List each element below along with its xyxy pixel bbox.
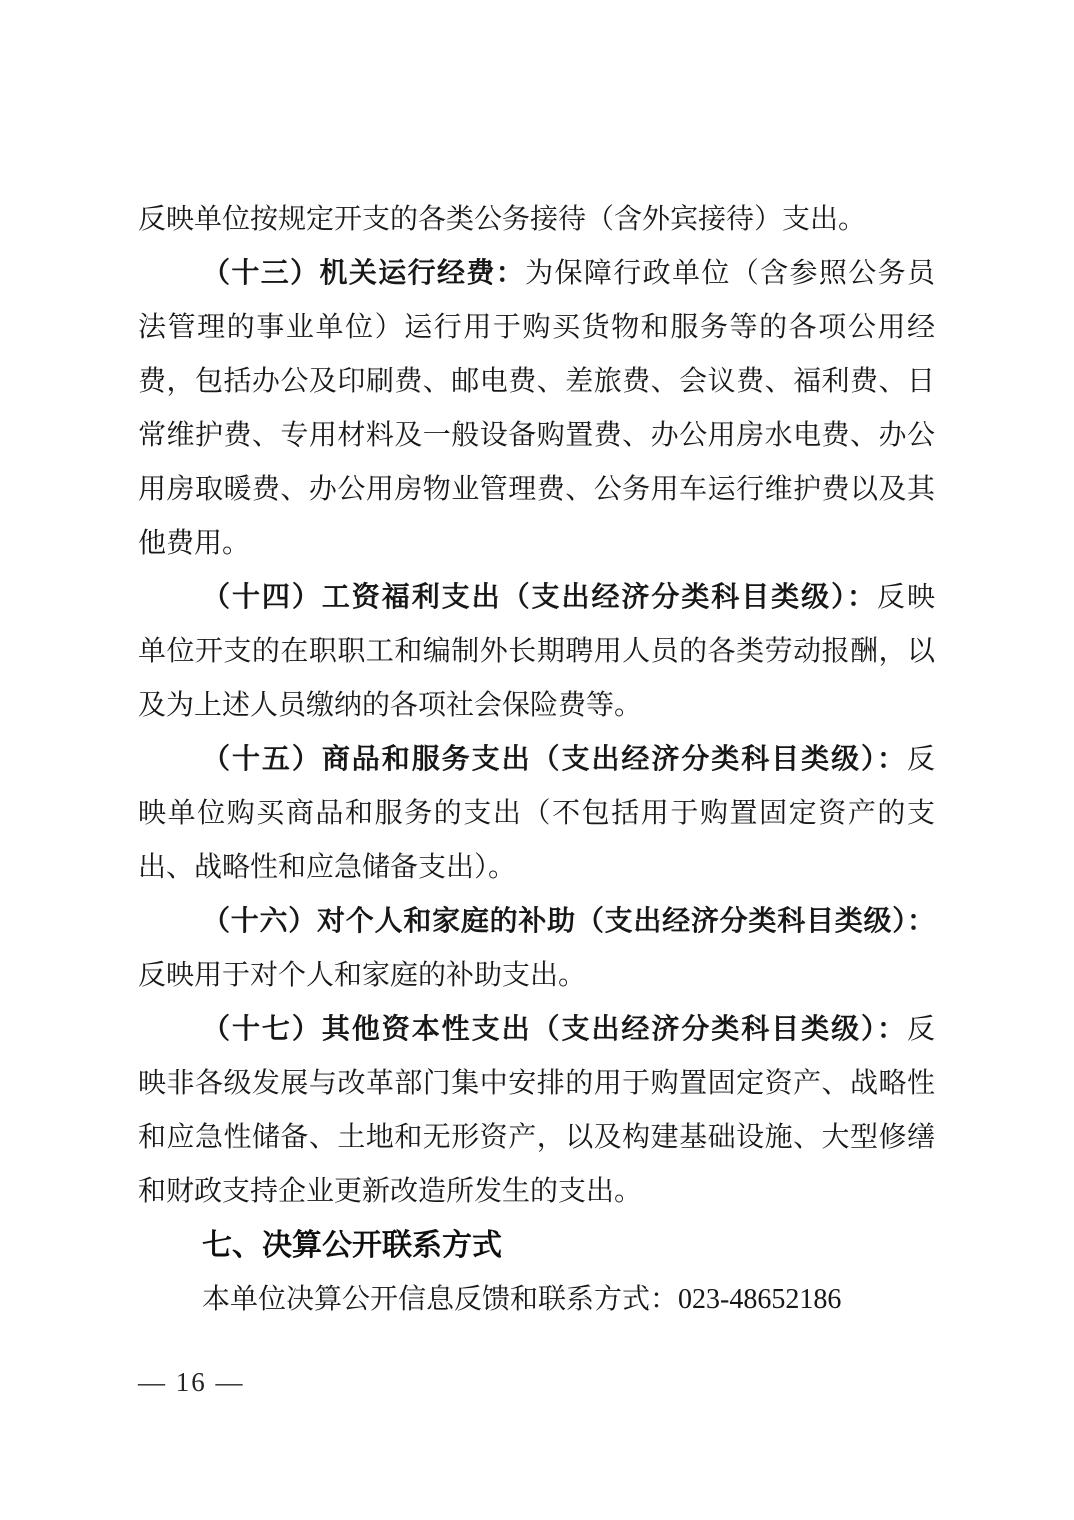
bold-run: （十七）其他资本性支出（支出经济分类科目类级）： [202, 1014, 907, 1045]
section-heading: 七、决算公开联系方式 [138, 1219, 935, 1273]
paragraph-line: （十三）机关运行经费：为保障行政单位（含参照公务员 [138, 247, 935, 301]
text-run: 和财政支持企业更新改造所发生的支出。 [138, 1176, 642, 1207]
paragraph-line: 和财政支持企业更新改造所发生的支出。 [138, 1165, 935, 1219]
text-run: 法管理的事业单位）运行用于购买货物和服务等的各项公用经 [138, 312, 935, 343]
bold-run: （十四）工资福利支出（支出经济分类科目类级）： [202, 582, 877, 613]
paragraph-line: 反映用于对个人和家庭的补助支出。 [138, 949, 935, 1003]
paragraph-line: 法管理的事业单位）运行用于购买货物和服务等的各项公用经 [138, 301, 935, 355]
paragraph-line: （十七）其他资本性支出（支出经济分类科目类级）：反 [138, 1003, 935, 1057]
text-run: 费，包括办公及印刷费、邮电费、差旅费、会议费、福利费、日 [138, 366, 935, 397]
text-run: 和应急性储备、土地和无形资产，以及构建基础设施、大型修缮 [138, 1122, 935, 1153]
paragraph-line: 映非各级发展与改革部门集中安排的用于购置固定资产、战略性 [138, 1057, 935, 1111]
text-run: 映非各级发展与改革部门集中安排的用于购置固定资产、战略性 [138, 1068, 935, 1099]
paragraph-line: 映单位购买商品和服务的支出（不包括用于购置固定资产的支 [138, 787, 935, 841]
text-run: 本单位决算公开信息反馈和联系方式：023-48652186 [202, 1284, 841, 1315]
page-number: — 16 — [138, 1362, 245, 1402]
text-run: 反映 [877, 582, 935, 613]
heading-text: 七、决算公开联系方式 [202, 1229, 502, 1262]
paragraph-line: 单位开支的在职职工和编制外长期聘用人员的各类劳动报酬，以 [138, 625, 935, 679]
paragraph-line: 常维护费、专用材料及一般设备购置费、办公用房水电费、办公 [138, 409, 935, 463]
bold-run: （十三）机关运行经费： [202, 258, 525, 289]
paragraph-line: 他费用。 [138, 517, 935, 571]
text-run: 反映用于对个人和家庭的补助支出。 [138, 960, 586, 991]
text-run: 为保障行政单位（含参照公务员 [525, 258, 935, 289]
paragraph-line: 及为上述人员缴纳的各项社会保险费等。 [138, 679, 935, 733]
text-run: 出、战略性和应急储备支出）。 [138, 852, 516, 883]
body-text: 反映单位按规定开支的各类公务接待（含外宾接待）支出。 （十三）机关运行经费：为保… [138, 193, 935, 1327]
text-run: 单位开支的在职职工和编制外长期聘用人员的各类劳动报酬，以 [138, 636, 935, 667]
paragraph-line: 费，包括办公及印刷费、邮电费、差旅费、会议费、福利费、日 [138, 355, 935, 409]
paragraph-line: 出、战略性和应急储备支出）。 [138, 841, 935, 895]
text-run: 反映单位按规定开支的各类公务接待（含外宾接待）支出。 [138, 204, 866, 235]
paragraph-line: （十六）对个人和家庭的补助（支出经济分类科目类级）： [138, 895, 935, 949]
paragraph-line: （十四）工资福利支出（支出经济分类科目类级）：反映 [138, 571, 935, 625]
document-page: 反映单位按规定开支的各类公务接待（含外宾接待）支出。 （十三）机关运行经费：为保… [0, 0, 1074, 1520]
text-run: 及为上述人员缴纳的各项社会保险费等。 [138, 690, 642, 721]
bold-run: （十五）商品和服务支出（支出经济分类科目类级）： [202, 744, 907, 775]
text-run: 用房取暖费、办公用房物业管理费、公务用车运行维护费以及其 [138, 474, 935, 505]
text-run: 映单位购买商品和服务的支出（不包括用于购置固定资产的支 [138, 798, 935, 829]
contact-line: 本单位决算公开信息反馈和联系方式：023-48652186 [138, 1273, 935, 1327]
paragraph-line: 和应急性储备、土地和无形资产，以及构建基础设施、大型修缮 [138, 1111, 935, 1165]
paragraph-line: 用房取暖费、办公用房物业管理费、公务用车运行维护费以及其 [138, 463, 935, 517]
text-run: 他费用。 [138, 528, 250, 559]
text-run: 反 [907, 1014, 935, 1045]
text-run: 反 [907, 744, 935, 775]
bold-run: （十六）对个人和家庭的补助（支出经济分类科目类级）： [202, 906, 935, 937]
paragraph-line: （十五）商品和服务支出（支出经济分类科目类级）：反 [138, 733, 935, 787]
paragraph-line: 反映单位按规定开支的各类公务接待（含外宾接待）支出。 [138, 193, 935, 247]
text-run: 常维护费、专用材料及一般设备购置费、办公用房水电费、办公 [138, 420, 935, 451]
